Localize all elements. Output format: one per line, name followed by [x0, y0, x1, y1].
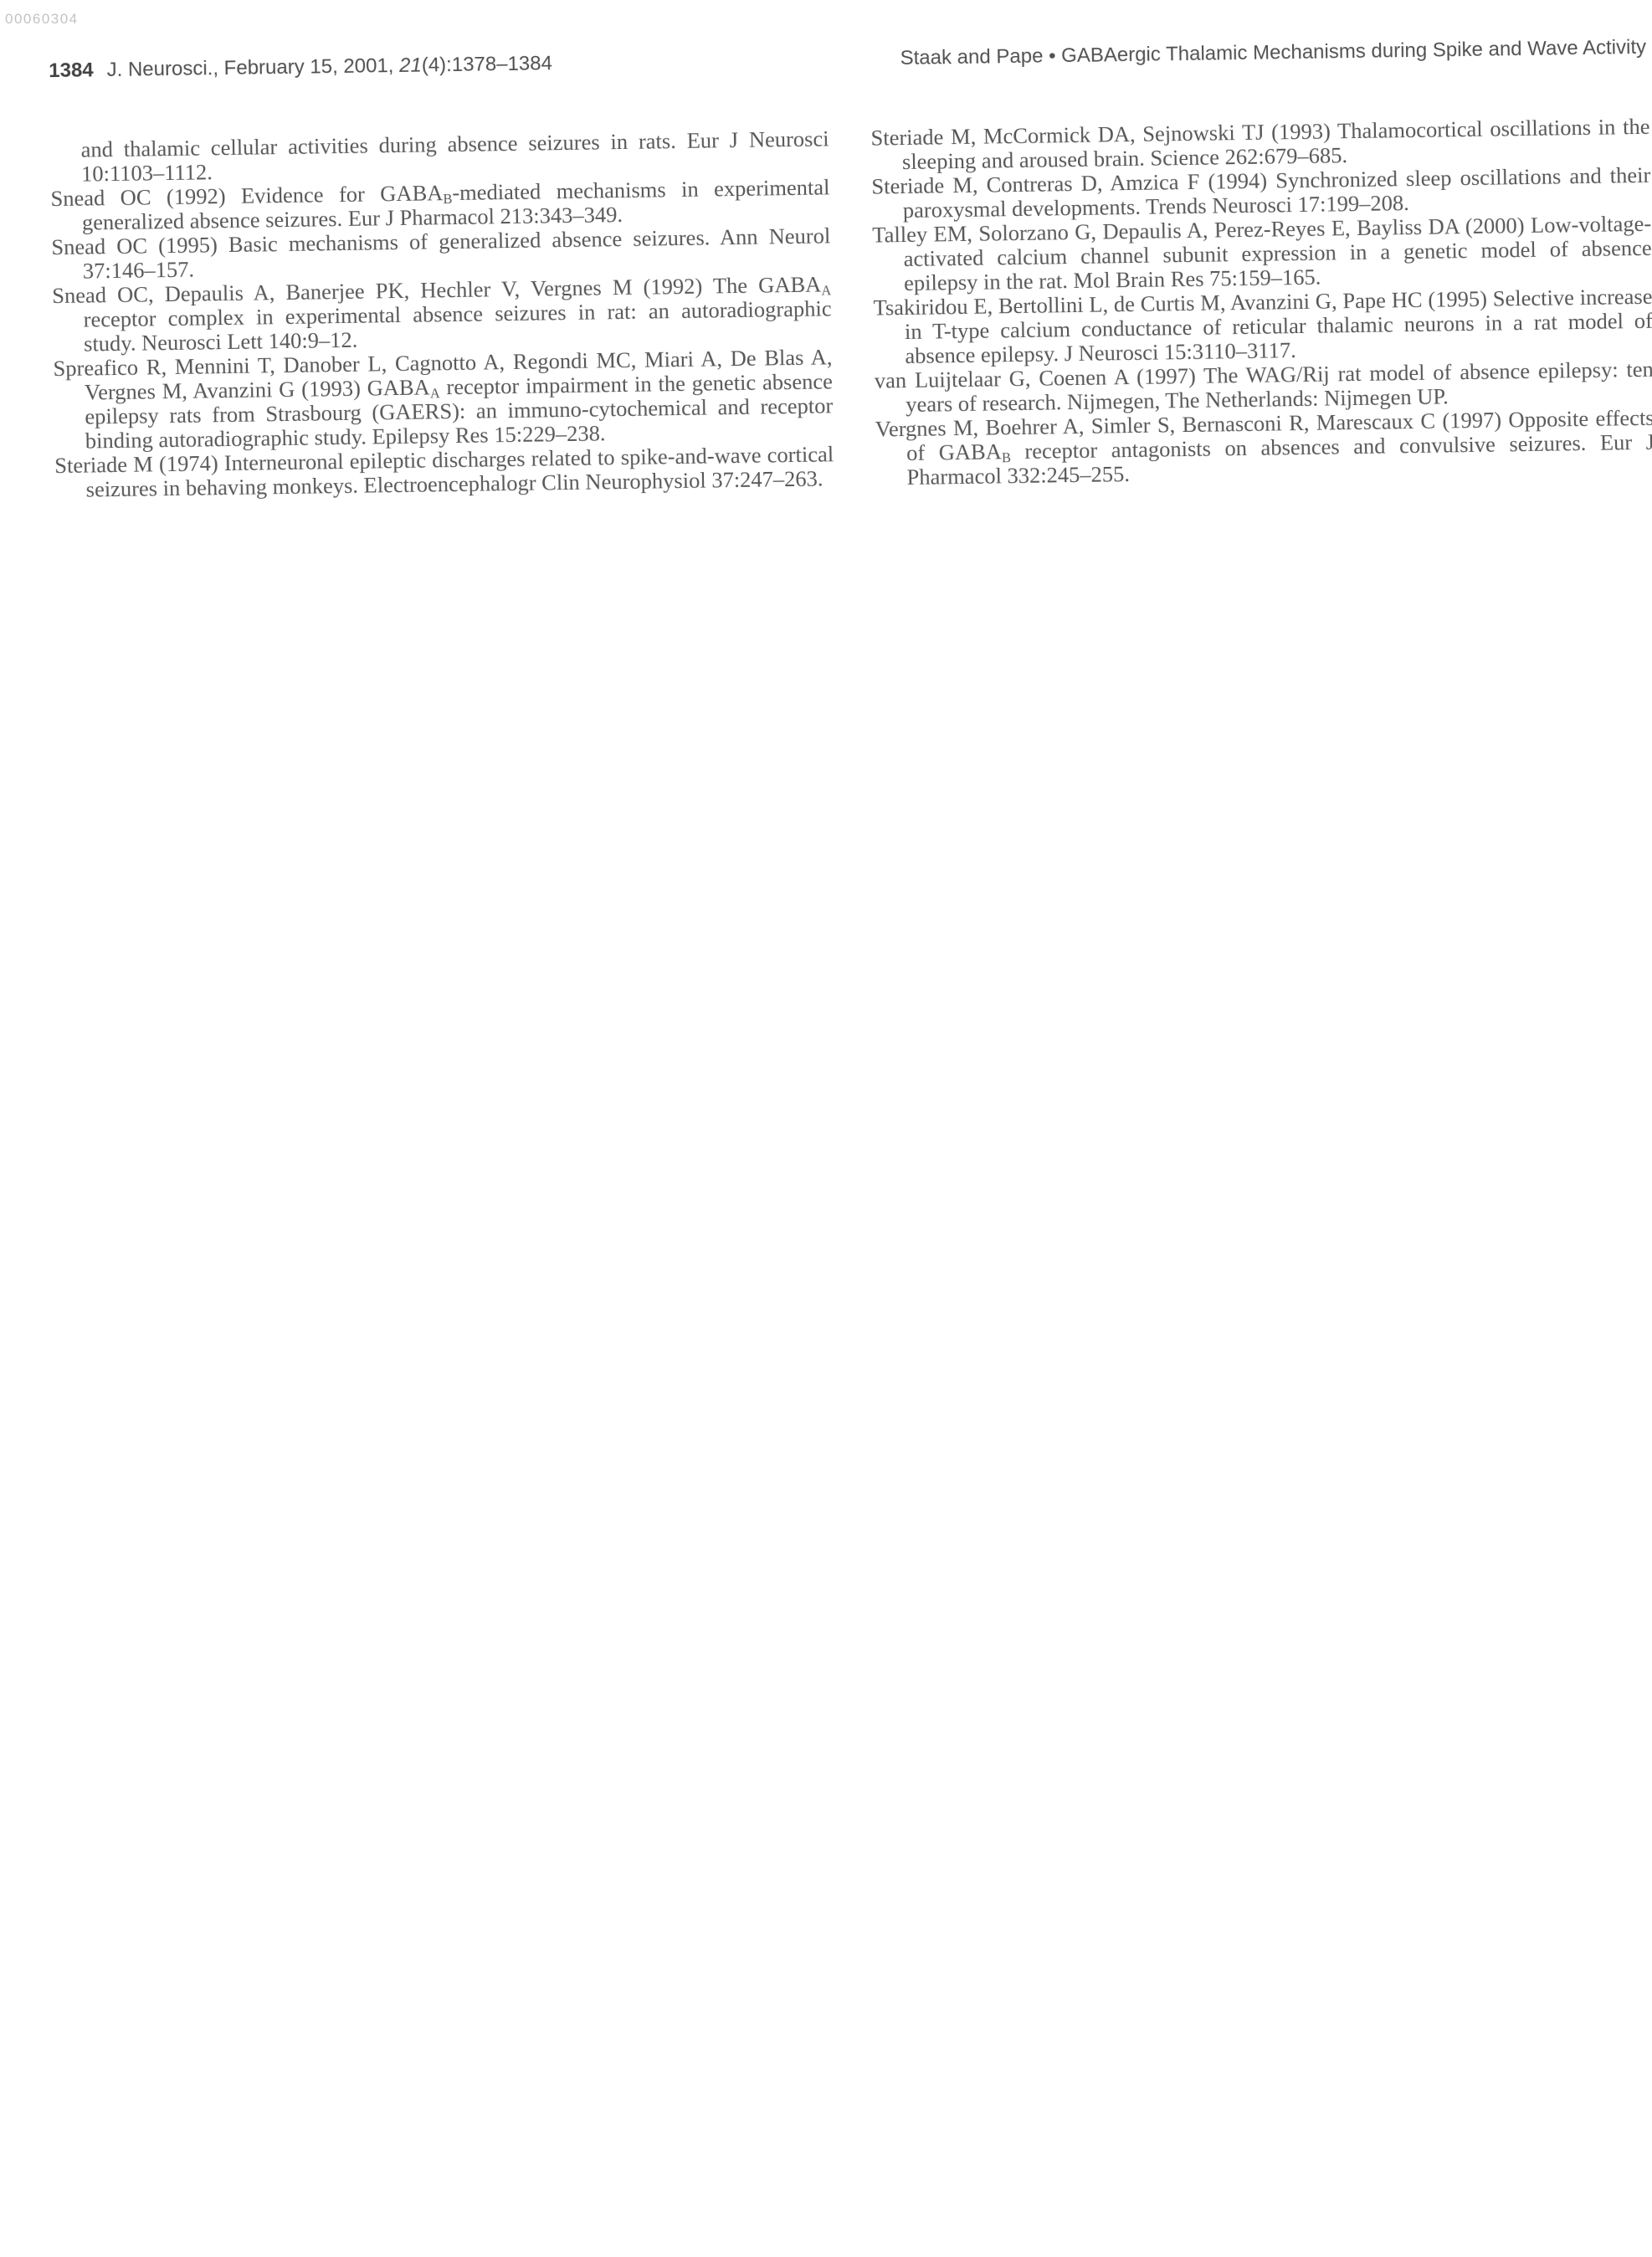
references-section: and thalamic cellular activities during …: [49, 115, 1652, 502]
reference-text: Talley EM, Solorzano G, Depaulis A, Pere…: [872, 211, 1652, 295]
reference-entry: Spreafico R, Mennini T, Danober L, Cagno…: [53, 345, 834, 454]
reference-entry: Snead OC, Depaulis A, Banerjee PK, Hechl…: [52, 272, 832, 357]
page-header: 1384J. Neurosci., February 15, 2001, 21(…: [49, 36, 1646, 83]
references-right-column: Steriade M, McCormick DA, Sejnowski TJ (…: [870, 115, 1652, 490]
reference-text: Tsakiridou E, Bertollini L, de Curtis M,…: [873, 284, 1652, 368]
citation-volume: 21: [399, 54, 422, 77]
reference-text: receptor antagonists on absences and con…: [906, 429, 1652, 490]
citation-suffix: (4):1378–1384: [422, 52, 553, 76]
reference-subscript: B: [1002, 449, 1011, 465]
reference-subscript: B: [443, 191, 452, 207]
reference-text: Steriade M (1974) Interneuronal epilepti…: [54, 441, 834, 501]
reference-subscript: A: [430, 385, 440, 401]
page-number: 1384: [49, 59, 94, 82]
reference-entry: Steriade M (1974) Interneuronal epilepti…: [54, 442, 834, 502]
reference-entry: Vergnes M, Boehrer A, Simler S, Bernasco…: [875, 406, 1652, 490]
journal-citation: 1384J. Neurosci., February 15, 2001, 21(…: [49, 52, 552, 83]
citation-prefix: J. Neurosci., February 15, 2001,: [106, 54, 399, 81]
reference-entry: Tsakiridou E, Bertollini L, de Curtis M,…: [873, 285, 1652, 369]
reference-subscript: A: [821, 282, 831, 298]
scanned-page: 1384J. Neurosci., February 15, 2001, 21(…: [0, 0, 1652, 2257]
references-left-column: and thalamic cellular activities during …: [49, 126, 834, 502]
reference-entry: Talley EM, Solorzano G, Depaulis A, Pere…: [872, 212, 1652, 296]
running-title: Staak and Pape • GABAergic Thalamic Mech…: [900, 36, 1646, 70]
